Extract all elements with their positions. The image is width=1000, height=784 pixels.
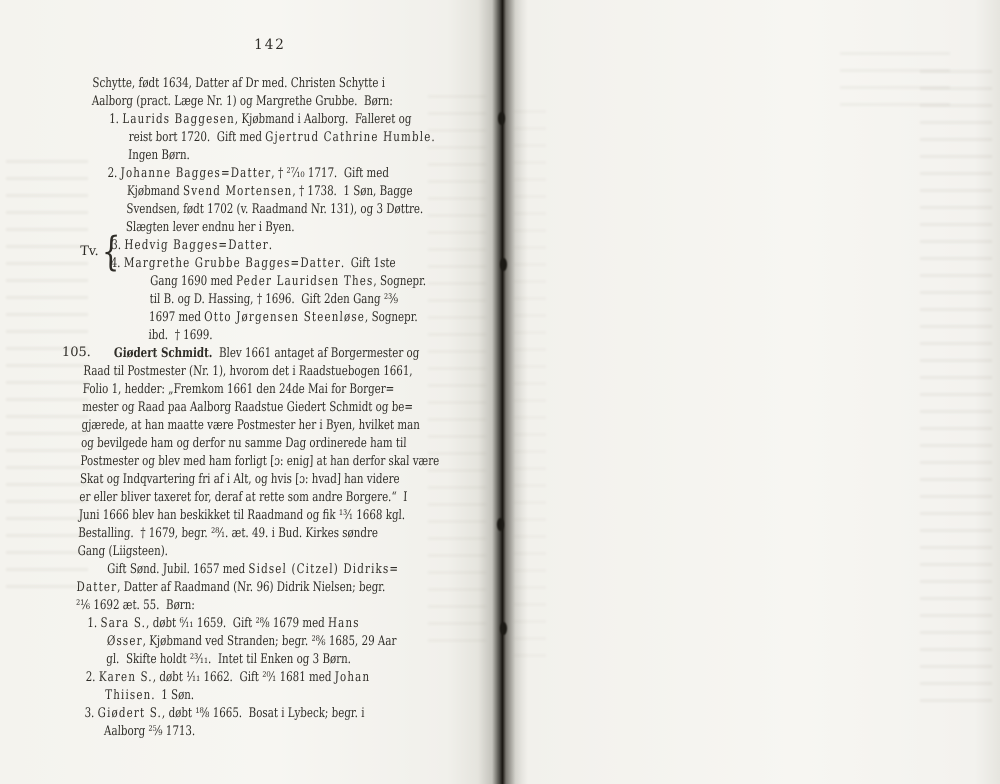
text-line: til B. og D. Hassing, † 1696. Gift 2den … — [149, 291, 398, 309]
text-line: og bevilgede ham og derfor nu samme Dag … — [81, 435, 407, 453]
page-text-right: 4. Anders S., døbt ¹⁰⁄₄ 1667.5. Didrik S… — [497, 0, 1000, 784]
page-right: 143 4. Anders S., døbt ¹⁰⁄₄ 1667.5. Didr… — [497, 0, 1000, 784]
text-line: ²¹⁄₆ 1692 æt. 55. Børn: — [76, 597, 195, 615]
text-line: gjærede, at han maatte være Postmester h… — [81, 417, 420, 435]
text-line: Gang 1690 med Peder Lauridsen Thes, Sogn… — [150, 273, 427, 291]
twins-label: Tv. — [80, 244, 99, 259]
text-line: reist bort 1720. Gift med Gjertrud Cathr… — [128, 129, 435, 147]
text-line: er eller bliver taxeret for, deraf at re… — [79, 489, 407, 507]
book-scan: 142 Tv. { Schytte, født 1634, Datter af … — [0, 0, 1000, 784]
text-line: Skat og Indqvartering fri af i Alt, og h… — [80, 471, 400, 489]
text-line: Aalborg ²⁵⁄₉ 1713. — [104, 723, 196, 741]
binding-mark — [498, 112, 505, 125]
page-left: 142 Tv. { Schytte, født 1634, Datter af … — [0, 0, 497, 784]
binding-mark — [500, 622, 507, 635]
text-line: Slægten lever endnu her i Byen. — [126, 219, 295, 237]
binding-mark — [500, 258, 507, 271]
text-line: gl. Skifte holdt ²³⁄₁₁. Intet til Enken … — [106, 651, 351, 669]
text-line: 1. Sara S., døbt ⁶⁄₁₁ 1659. Gift ²⁸⁄₈ 16… — [87, 615, 360, 633]
text-line: Svendsen, født 1702 (v. Raadmand Nr. 131… — [126, 201, 423, 219]
text-line: mester og Raad paa Aalborg Raadstue Gied… — [82, 399, 413, 417]
text-line: 2. Johanne Bagges=Datter, † ²⁷⁄₁₀ 1717. … — [107, 165, 389, 183]
page-text-left: Tv. { Schytte, født 1634, Datter af Dr m… — [0, 0, 497, 784]
text-line: Bestalling. † 1679, begr. ²⁸⁄₁. æt. 49. … — [78, 525, 378, 543]
text-line: Raad til Postmester (Nr. 1), hvorom det … — [83, 363, 413, 381]
text-line: ibd. † 1699. — [148, 327, 213, 345]
text-line: Postmester og blev med ham forligt [ɔ: e… — [80, 453, 439, 471]
text-line: Gift Sønd. Jubil. 1657 med Sidsel (Citze… — [107, 561, 400, 579]
text-line: Thiisen. 1 Søn. — [105, 687, 195, 705]
text-line: Juni 1666 blev han beskikket til Raadman… — [79, 507, 406, 525]
text-line: 3. Giødert S., døbt ¹⁸⁄₈ 1665. Bosat i L… — [84, 705, 365, 723]
text-line: Schytte, født 1634, Datter af Dr med. Ch… — [92, 75, 385, 93]
text-line: Folio 1, hedder: „Fremkom 1661 den 24de … — [82, 381, 394, 399]
text-line: 1. Laurids Baggesen, Kjøbmand i Aalborg.… — [109, 111, 412, 129]
text-line: Aalborg (pract. Læge Nr. 1) og Margrethe… — [92, 93, 394, 111]
section-number: 105. — [62, 345, 91, 360]
text-line: Datter, Datter af Raadmand (Nr. 96) Didr… — [76, 579, 385, 597]
text-line: 2. Karen S., døbt ¹⁄₁₁ 1662. Gift ²⁰⁄₁ 1… — [85, 669, 370, 687]
text-line: Gang (Liigsteen). — [77, 543, 168, 561]
text-line: Kjøbmand Svend Mortensen, † 1738. 1 Søn,… — [127, 183, 413, 201]
text-line: 3. Hedvig Bagges=Datter. — [111, 237, 272, 255]
text-line: Ingen Børn. — [128, 147, 190, 165]
binding-mark — [497, 518, 504, 531]
text-line: Giødert Schmidt. Blev 1661 antaget af Bo… — [114, 345, 420, 363]
text-line: 4. Margrethe Grubbe Bagges=Datter. Gift … — [110, 255, 395, 273]
text-line: 1697 med Otto Jørgensen Steenløse, Sogne… — [149, 309, 418, 327]
text-line: Øsser, Kjøbmand ved Stranden; begr. ²⁸⁄₆… — [107, 633, 397, 651]
